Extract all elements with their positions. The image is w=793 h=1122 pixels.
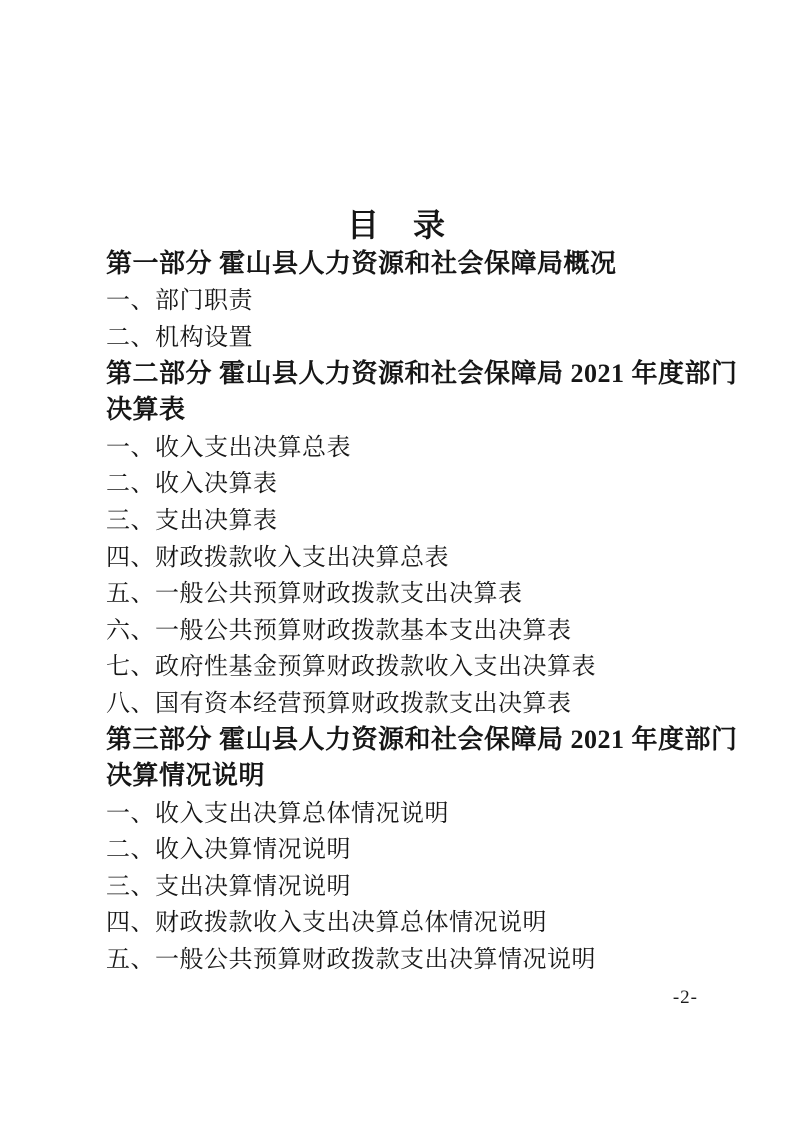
page-number: -2- — [673, 987, 698, 1009]
toc-item: 二、收入决算情况说明 — [106, 829, 706, 866]
section-1-heading: 第一部分 霍山县人力资源和社会保障局概况 — [106, 243, 706, 280]
toc-item: 八、国有资本经营预算财政拨款支出决算表 — [106, 682, 706, 719]
toc-item: 三、支出决算表 — [106, 499, 706, 536]
section-2-heading-line-1: 第二部分 霍山县人力资源和社会保障局 2021 年度部门 — [106, 353, 706, 390]
toc-item: 五、一般公共预算财政拨款支出决算情况说明 — [106, 938, 706, 975]
toc-item: 三、支出决算情况说明 — [106, 865, 706, 902]
table-of-contents: 第一部分 霍山县人力资源和社会保障局概况 一、部门职责 二、机构设置 第二部分 … — [106, 243, 706, 975]
toc-item: 一、收入支出决算总体情况说明 — [106, 792, 706, 829]
section-3-heading-line-1: 第三部分 霍山县人力资源和社会保障局 2021 年度部门 — [106, 719, 706, 756]
section-2-heading-line-2: 决算表 — [106, 389, 706, 426]
toc-item: 二、收入决算表 — [106, 463, 706, 500]
toc-item: 六、一般公共预算财政拨款基本支出决算表 — [106, 609, 706, 646]
toc-item: 一、部门职责 — [106, 280, 706, 317]
document-page: 目 录 第一部分 霍山县人力资源和社会保障局概况 一、部门职责 二、机构设置 第… — [0, 0, 793, 1122]
toc-item: 七、政府性基金预算财政拨款收入支出决算表 — [106, 646, 706, 683]
toc-item: 二、机构设置 — [106, 316, 706, 353]
toc-item: 一、收入支出决算总表 — [106, 426, 706, 463]
toc-item: 四、财政拨款收入支出决算总体情况说明 — [106, 902, 706, 939]
section-3-heading-line-2: 决算情况说明 — [106, 755, 706, 792]
toc-item: 四、财政拨款收入支出决算总表 — [106, 536, 706, 573]
toc-item: 五、一般公共预算财政拨款支出决算表 — [106, 572, 706, 609]
page-title: 目 录 — [0, 203, 793, 247]
